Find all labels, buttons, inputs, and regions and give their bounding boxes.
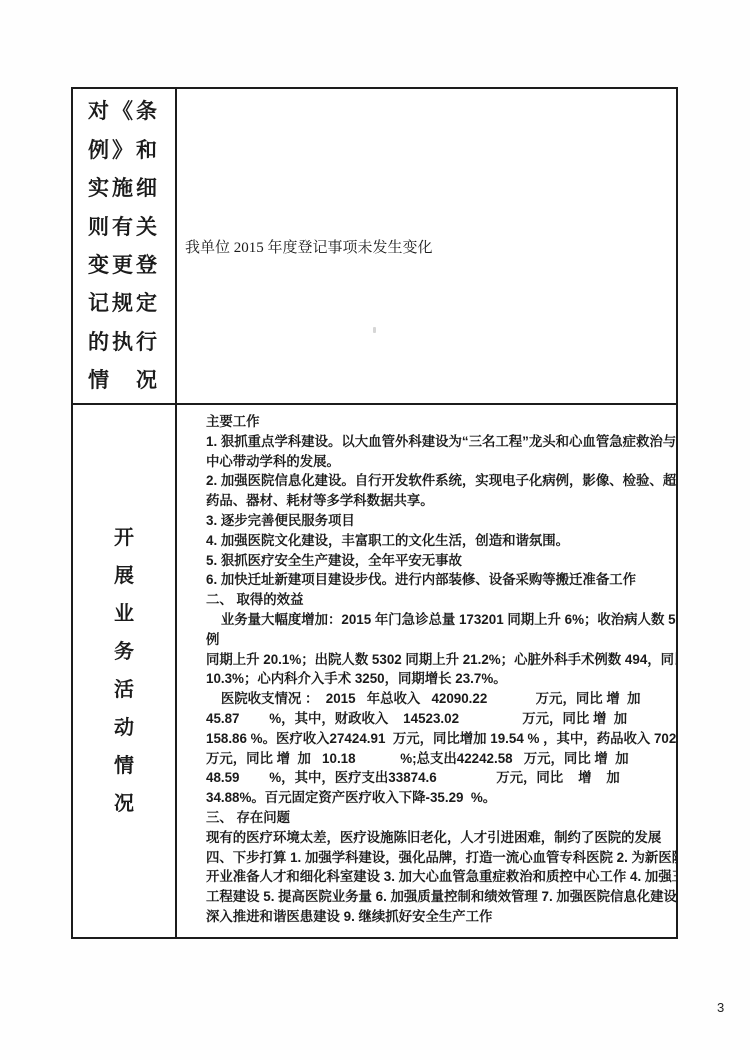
business-activity-label-char: 业 bbox=[114, 604, 134, 625]
change-registration-label-cell: 对《条例》和实施细则有关变更登记规定的执行情 况 bbox=[73, 89, 177, 403]
change-registration-label-line: 对《条 bbox=[88, 92, 160, 130]
business-activity-text-line: 业务量大幅度增加：2015 年门急诊总量 173201 同期上升 6%；收治病人… bbox=[206, 610, 673, 630]
change-registration-label-line: 记规定 bbox=[88, 284, 160, 322]
business-activity-label-char: 情 bbox=[114, 756, 134, 777]
business-activity-text-line: 45.87 %，其中，财政收入 14523.02 万元，同比 增 加 bbox=[206, 709, 673, 729]
change-registration-label-line: 变更登 bbox=[88, 246, 160, 284]
business-activity-text-line: 5. 狠抓医疗安全生产建设，全年平安无事故 bbox=[206, 551, 673, 571]
business-activity-text-line: 万元，同比 增 加 10.18 %;总支出42242.58 万元，同比 增 加 bbox=[206, 749, 673, 769]
change-registration-statement: 我单位 2015 年度登记事项未发生变化 bbox=[185, 236, 433, 257]
business-activity-label-cell: 开展业务活动情况 bbox=[73, 405, 177, 937]
business-activity-text-line: 10.3%；心内科介入手术 3250，同期增长 23.7%。 bbox=[206, 669, 673, 689]
change-registration-label-line: 情 况 bbox=[88, 361, 160, 399]
business-activity-label-char: 况 bbox=[114, 794, 134, 815]
business-activity-text-line: 中心带动学科的发展。 bbox=[206, 452, 673, 472]
business-activity-text-line: 药品、器材、耗材等多学科数据共享。 bbox=[206, 491, 673, 511]
business-activity-content-cell: 主要工作1. 狠抓重点学科建设。以大血管外科建设为“三名工程”龙头和心血管急症救… bbox=[177, 405, 676, 937]
business-activity-text-line: 例 bbox=[206, 630, 673, 650]
business-activity-text-line: 三、 存在问题 bbox=[206, 808, 673, 828]
change-registration-row: 对《条例》和实施细则有关变更登记规定的执行情 况 我单位 2015 年度登记事项… bbox=[73, 89, 676, 405]
business-activity-text-line: 四、下步打算 1. 加强学科建设，强化品牌，打造一流心血管专科医院 2. 为新医… bbox=[206, 848, 673, 868]
business-activity-text-line: 现有的医疗环境太差，医疗设施陈旧老化，人才引进困难，制约了医院的发展 bbox=[206, 828, 673, 848]
business-activity-text-line: 3. 逐步完善便民服务项目 bbox=[206, 511, 673, 531]
business-activity-text-line: 同期上升 20.1%；出院人数 5302 同期上升 21.2%；心脏外科手术例数… bbox=[206, 650, 673, 670]
business-activity-text-line: 34.88%。百元固定资产医疗收入下降-35.29 %。 bbox=[206, 788, 673, 808]
business-activity-label-char: 展 bbox=[114, 566, 134, 587]
business-activity-text-line: 6. 加快迁址新建项目建设步伐。进行内部装修、设备采购等搬迁准备工作 bbox=[206, 570, 673, 590]
business-activity-text-line: 1. 狠抓重点学科建设。以大血管外科建设为“三名工程”龙头和心血管急症救治与质控 bbox=[206, 432, 673, 452]
business-activity-text-line: 158.86 %。医疗收入27424.91 万元，同比增加 19.54 % ，其… bbox=[206, 729, 673, 749]
change-registration-label-line: 例》和 bbox=[88, 131, 160, 169]
scan-artifact bbox=[373, 327, 376, 333]
business-activity-text-line: 开业准备人才和细化科室建设 3. 加大心血管急重症救治和质控中心工作 4. 加强… bbox=[206, 867, 673, 887]
business-activity-label-char: 动 bbox=[114, 718, 134, 739]
business-activity-label-char: 务 bbox=[114, 642, 134, 663]
business-activity-row: 开展业务活动情况 主要工作1. 狠抓重点学科建设。以大血管外科建设为“三名工程”… bbox=[73, 405, 676, 937]
business-activity-text-line: 二、 取得的效益 bbox=[206, 590, 673, 610]
business-activity-label-char: 开 bbox=[114, 528, 134, 549]
change-registration-label-line: 则有关 bbox=[88, 208, 160, 246]
registration-form-table: 对《条例》和实施细则有关变更登记规定的执行情 况 我单位 2015 年度登记事项… bbox=[71, 87, 678, 939]
business-activity-label-char: 活 bbox=[114, 680, 134, 701]
business-activity-text-line: 医院收支情况 ： 2015 年总收入 42090.22 万元，同比 增 加 bbox=[206, 689, 673, 709]
change-registration-label-line: 实施细 bbox=[88, 169, 160, 207]
business-activity-text-line: 2. 加强医院信息化建设。自行开发软件系统，实现电子化病例，影像、检验、超声、 bbox=[206, 471, 673, 491]
business-activity-text-line: 48.59 %，其中，医疗支出33874.6 万元，同比 增 加 bbox=[206, 768, 673, 788]
business-activity-text-line: 工程建设 5. 提高医院业务量 6. 加强质量控制和绩效管理 7. 加强医院信息… bbox=[206, 887, 673, 907]
change-registration-label-line: 的执行 bbox=[88, 323, 160, 361]
business-activity-text-line: 4. 加强医院文化建设，丰富职工的文化生活，创造和谐氛围。 bbox=[206, 531, 673, 551]
change-registration-content-cell: 我单位 2015 年度登记事项未发生变化 bbox=[177, 89, 676, 403]
page-number: 3 bbox=[717, 1000, 724, 1015]
business-activity-text-line: 主要工作 bbox=[206, 412, 673, 432]
business-activity-text-line: 深入推进和谐医患建设 9. 继续抓好安全生产工作 bbox=[206, 907, 673, 927]
